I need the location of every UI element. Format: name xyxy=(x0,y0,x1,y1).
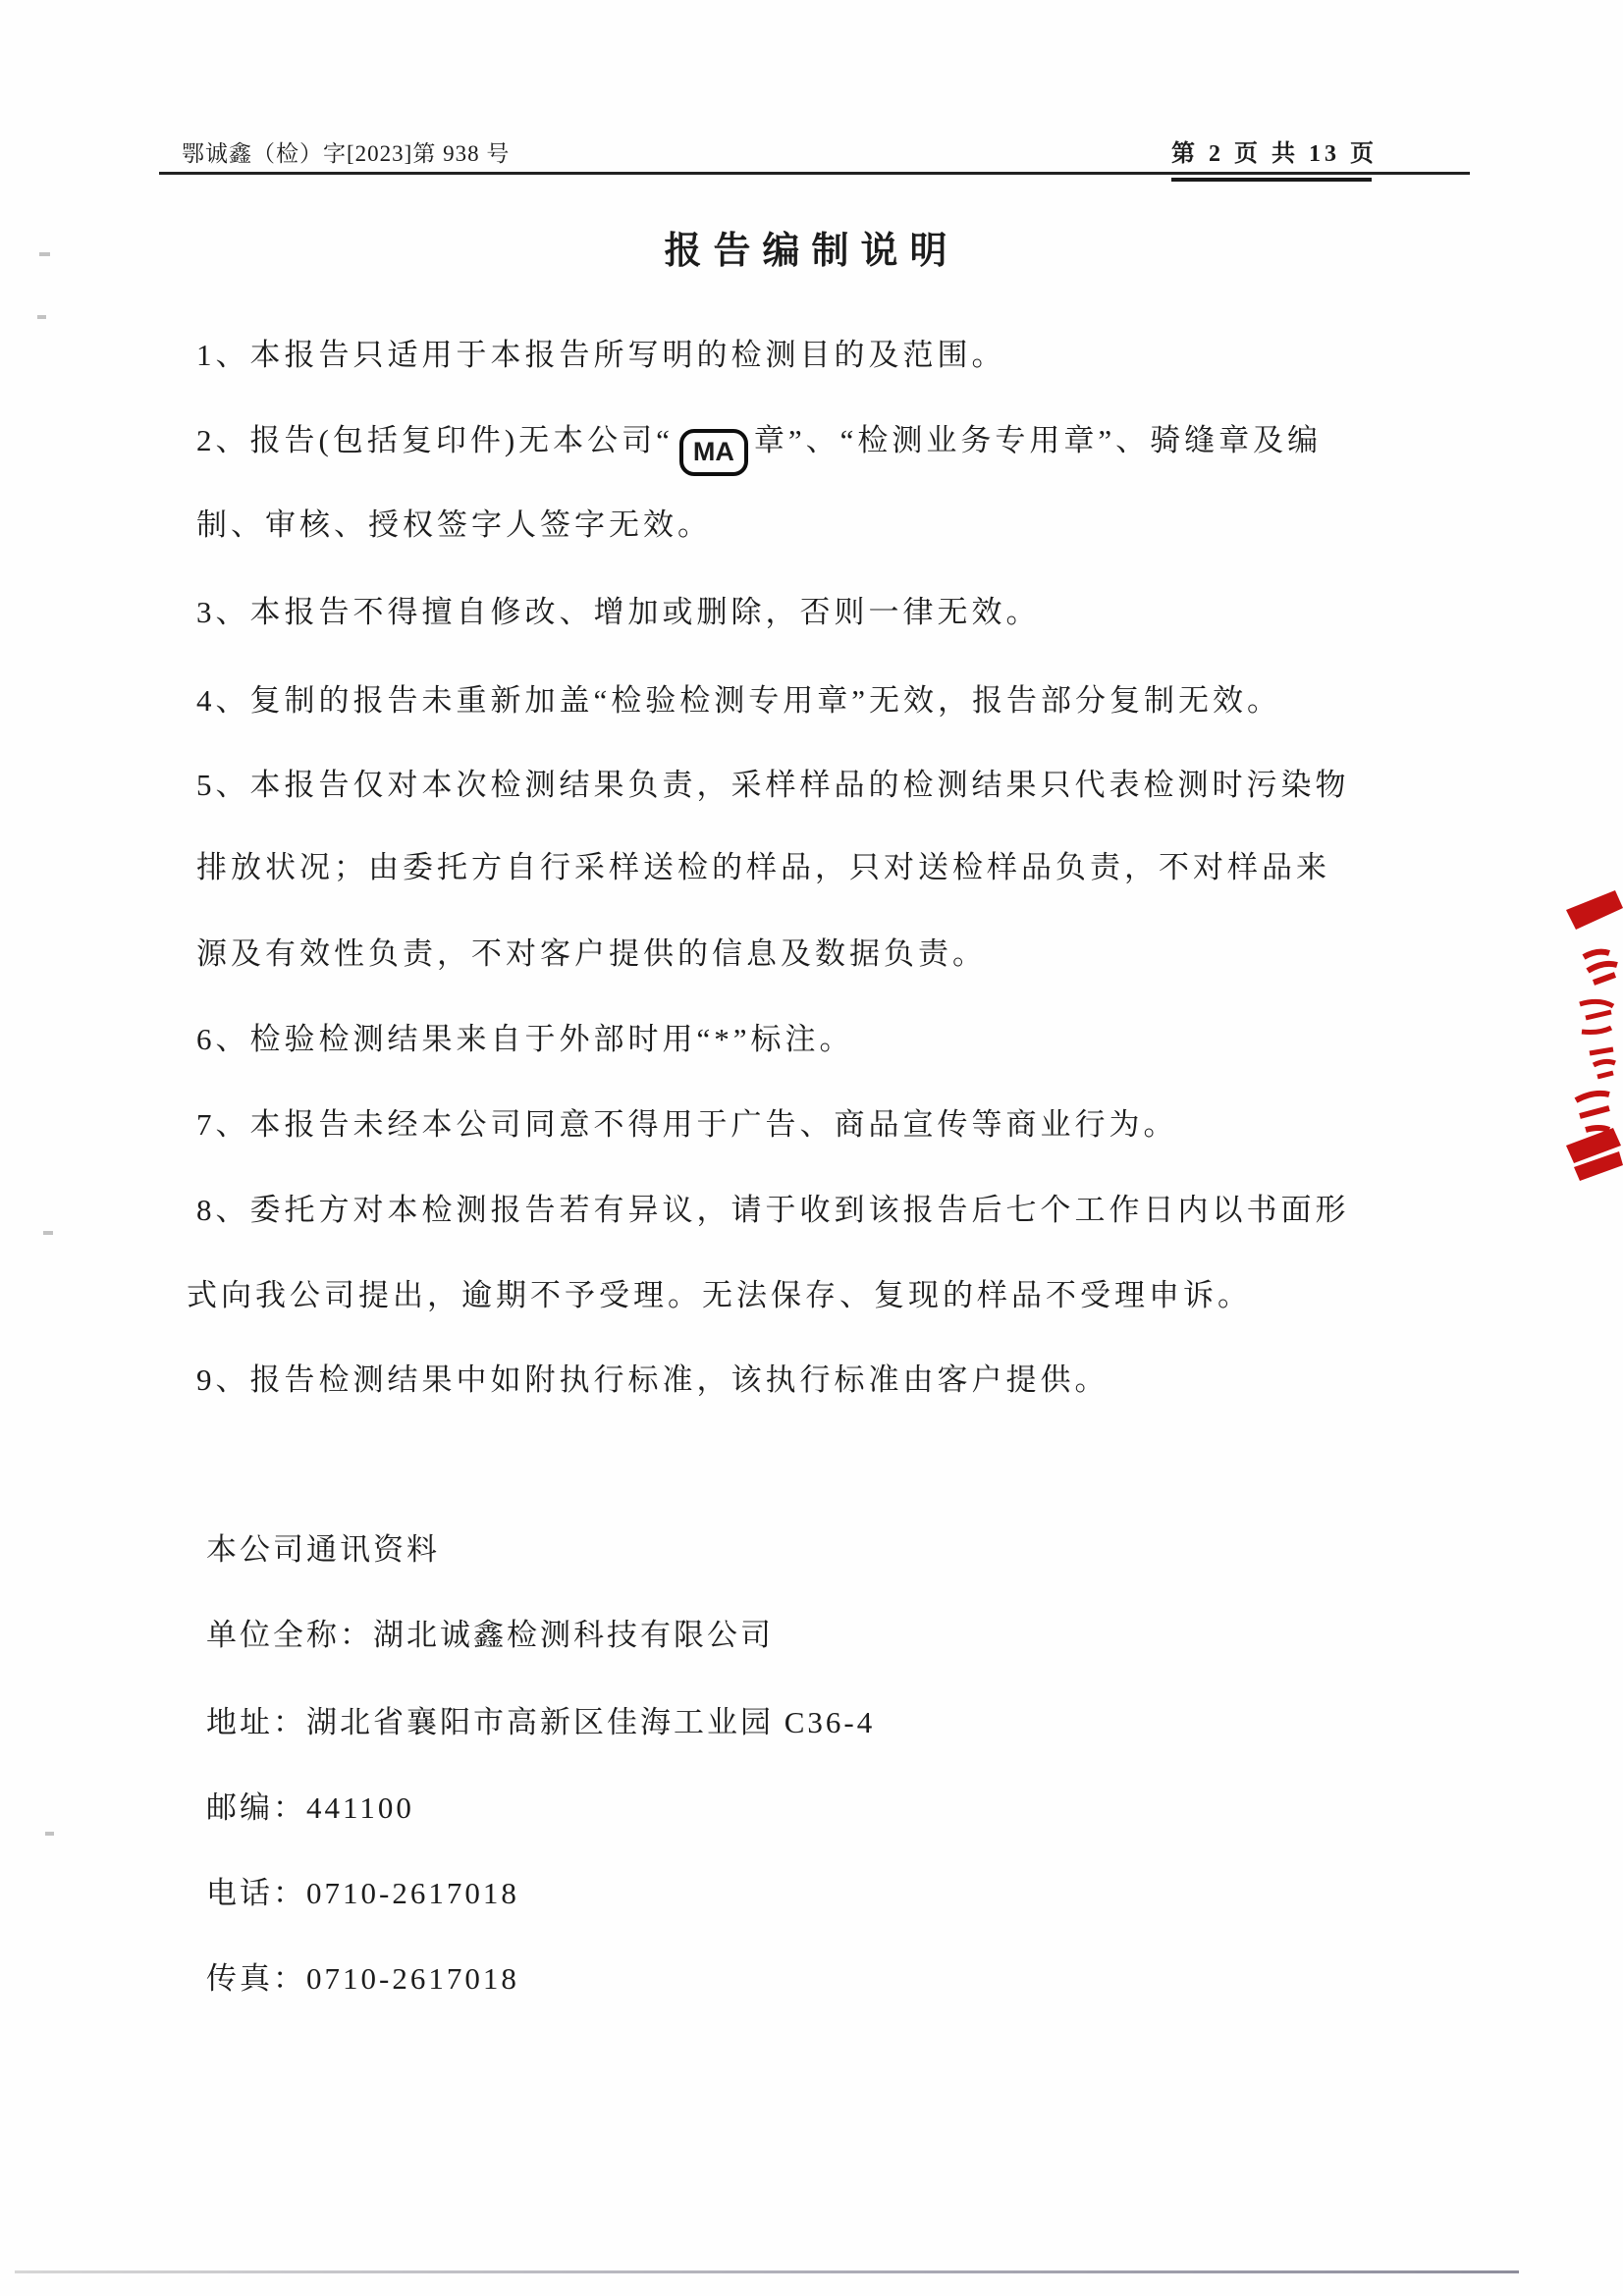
page-title: 报告编制说明 xyxy=(0,220,1623,274)
contact-address: 地址：湖北省襄阳市高新区佳海工业园 C36-4 xyxy=(206,1697,875,1741)
note-9: 9、报告检测结果中如附执行标准，该执行标准由客户提供。 xyxy=(196,1355,1109,1399)
red-paging-seal-fragment xyxy=(1533,888,1623,1183)
note-1: 1、本报告只适用于本报告所写明的检测目的及范围。 xyxy=(196,330,1006,374)
note-8-line-2: 式向我公司提出，逾期不予受理。无法保存、复现的样品不受理申诉。 xyxy=(187,1270,1252,1314)
cma-logo-icon: MA xyxy=(679,429,748,476)
scan-artifact xyxy=(43,1231,53,1235)
header-doc-number: 鄂诚鑫（检）字[2023]第 938 号 xyxy=(182,135,510,168)
note-2-line-2: 制、审核、授权签字人签字无效。 xyxy=(196,500,712,544)
note-4: 4、复制的报告未重新加盖“检验检测专用章”无效，报告部分复制无效。 xyxy=(196,675,1281,720)
note-3: 3、本报告不得擅自修改、增加或删除，否则一律无效。 xyxy=(196,587,1041,631)
contact-fax: 传真：0710-2617018 xyxy=(206,1953,519,1998)
page-bottom-scan-edge xyxy=(15,2270,1519,2273)
contact-zip: 邮编：441100 xyxy=(206,1783,414,1827)
note-7: 7、本报告未经本公司同意不得用于广告、商品宣传等商业行为。 xyxy=(196,1099,1178,1144)
contact-phone: 电话：0710-2617018 xyxy=(206,1868,519,1912)
note-2-pre: 2、报告(包括复印件)无本公司“ xyxy=(196,423,674,457)
header-page-info-underline xyxy=(1171,178,1372,182)
note-5-line-2: 排放状况；由委托方自行采样送检的样品，只对送检样品负责，不对样品来 xyxy=(196,842,1330,886)
note-6: 6、检验检测结果来自于外部时用“*”标注。 xyxy=(196,1014,854,1058)
note-5-line-1: 5、本报告仅对本次检测结果负责，采样样品的检测结果只代表检测时污染物 xyxy=(196,760,1350,804)
contact-heading: 本公司通讯资料 xyxy=(206,1524,440,1569)
header-page-info: 第 2 页 共 13 页 xyxy=(1171,133,1378,168)
scan-artifact xyxy=(39,252,50,256)
note-5-line-3: 源及有效性负责，不对客户提供的信息及数据负责。 xyxy=(196,929,987,973)
scan-artifact xyxy=(45,1832,54,1836)
note-2-post: 章”、“检测业务专用章”、骑缝章及编 xyxy=(754,423,1322,457)
note-8-line-1: 8、委托方对本检测报告若有异议，请于收到该报告后七个工作日内以书面形 xyxy=(196,1185,1350,1229)
contact-company: 单位全称：湖北诚鑫检测科技有限公司 xyxy=(206,1610,774,1654)
scan-artifact xyxy=(37,315,46,319)
note-2-line-1: 2、报告(包括复印件)无本公司“MA章”、“检测业务专用章”、骑缝章及编 xyxy=(196,415,1322,476)
seal-strokes xyxy=(1533,888,1623,1183)
header-rule xyxy=(159,172,1470,175)
report-page: 鄂诚鑫（检）字[2023]第 938 号 第 2 页 共 13 页 报告编制说明… xyxy=(0,0,1623,2296)
